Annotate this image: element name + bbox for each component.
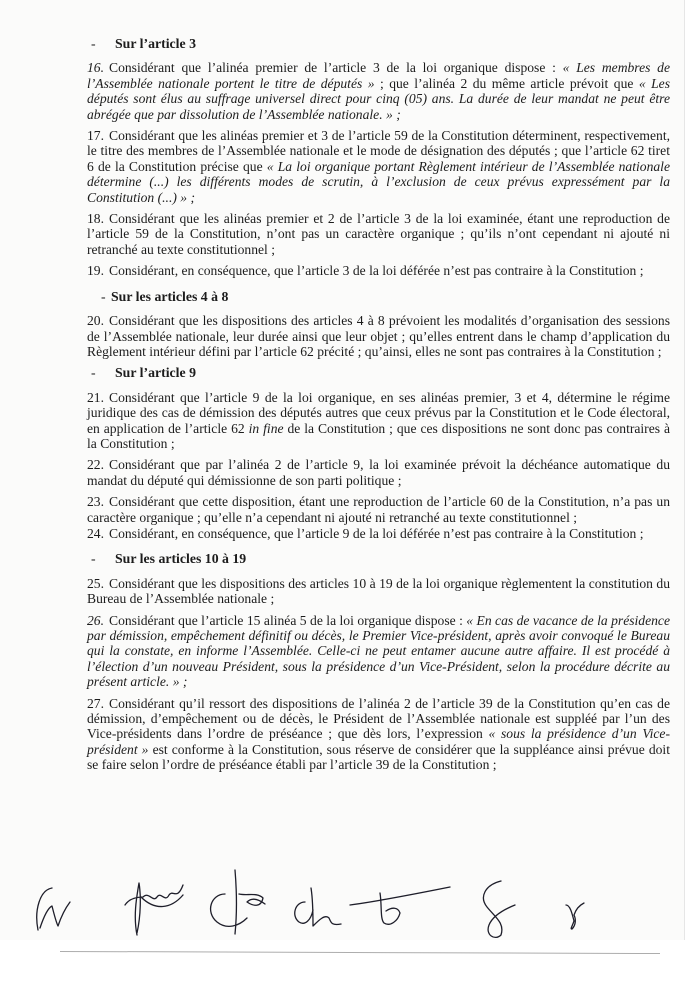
signature-initial-4	[285, 880, 345, 935]
paragraph-number: 23.	[87, 494, 104, 509]
paragraph-number: 26.	[87, 613, 104, 628]
heading-dash: -	[87, 36, 115, 51]
paragraph-23: 23.Considérant que cette disposition, ét…	[87, 494, 670, 525]
heading-text: Sur les articles 10 à 19	[115, 551, 246, 566]
heading-text: Sur l’article 9	[115, 365, 196, 380]
signature-initial-2	[115, 875, 190, 940]
paragraph-number: 21.	[87, 390, 104, 405]
paragraph-number: 16.	[87, 60, 104, 75]
section-heading-articles-4-8: - Sur les articles 4 à 8	[87, 289, 670, 304]
paragraph-number: 19.	[87, 263, 104, 278]
document-body: - Sur l’article 3 16.Considérant que l’a…	[87, 36, 670, 779]
paragraph-24: 24.Considérant, en conséquence, que l’ar…	[87, 526, 670, 541]
paragraph-21: 21.Considérant que l’article 9 de la loi…	[87, 390, 670, 452]
paragraph-26: 26.Considérant que l’article 15 alinéa 5…	[87, 613, 670, 690]
signature-initial-5	[340, 875, 460, 935]
paragraph-17: 17.Considérant que les alinéas premier e…	[87, 128, 670, 205]
paragraph-25: 25.Considérant que les dispositions des …	[87, 576, 670, 607]
section-heading-article-9: - Sur l’article 9	[87, 365, 670, 380]
paragraph-19: 19.Considérant, en conséquence, que l’ar…	[87, 263, 670, 278]
heading-dash: -	[87, 365, 115, 380]
paragraph-number: 24.	[87, 526, 104, 541]
heading-dash: -	[87, 551, 115, 566]
paragraph-16: 16.Considérant que l’alinéa premier de l…	[87, 60, 670, 122]
paragraph-number: 27.	[87, 696, 104, 711]
signature-initial-3	[195, 864, 290, 944]
signature-initial-6	[465, 875, 525, 945]
heading-dash: -	[87, 289, 111, 304]
paragraph-number: 20.	[87, 313, 104, 328]
paragraph-number: 18.	[87, 211, 104, 226]
signature-initial-7	[560, 895, 590, 935]
paragraph-27: 27.Considérant qu’il ressort des disposi…	[87, 696, 670, 773]
paragraph-20: 20.Considérant que les dispositions des …	[87, 313, 670, 359]
section-heading-article-3: - Sur l’article 3	[87, 36, 670, 51]
heading-text: Sur l’article 3	[115, 36, 196, 51]
section-heading-articles-10-19: - Sur les articles 10 à 19	[87, 551, 670, 566]
paragraph-number: 22.	[87, 457, 104, 472]
signature-initial-1	[30, 880, 80, 940]
signature-initials-row	[20, 870, 660, 950]
paragraph-number: 25.	[87, 576, 104, 591]
paragraph-22: 22.Considérant que par l’alinéa 2 de l’a…	[87, 457, 670, 488]
page-edge-line	[60, 951, 660, 954]
paragraph-number: 17.	[87, 128, 104, 143]
paragraph-18: 18.Considérant que les alinéas premier e…	[87, 211, 670, 257]
heading-text: Sur les articles 4 à 8	[111, 289, 228, 304]
